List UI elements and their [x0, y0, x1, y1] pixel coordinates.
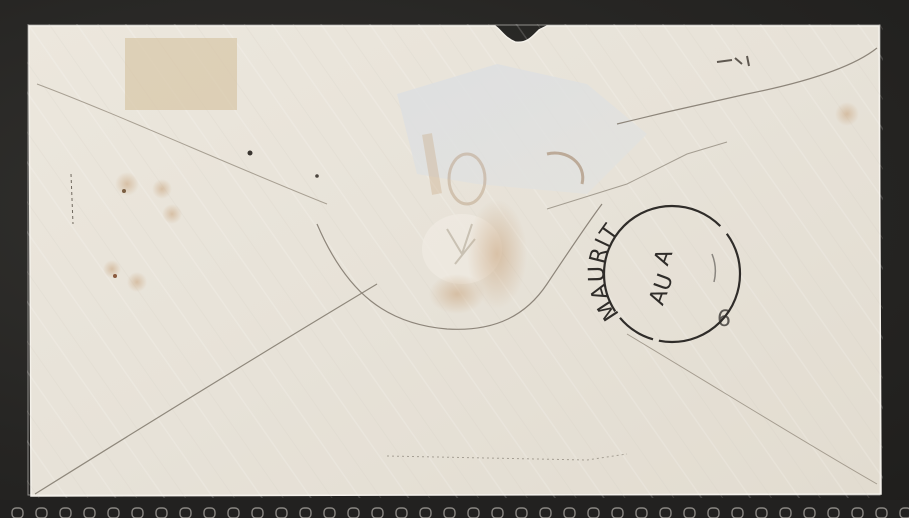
album-mount-strip [0, 500, 909, 518]
photo-scene: MAURIT A AU 6 [0, 0, 909, 518]
tan-stain [125, 38, 237, 110]
postmark-year: 6 [717, 307, 731, 332]
envelope-back: MAURIT A AU 6 [27, 24, 883, 498]
